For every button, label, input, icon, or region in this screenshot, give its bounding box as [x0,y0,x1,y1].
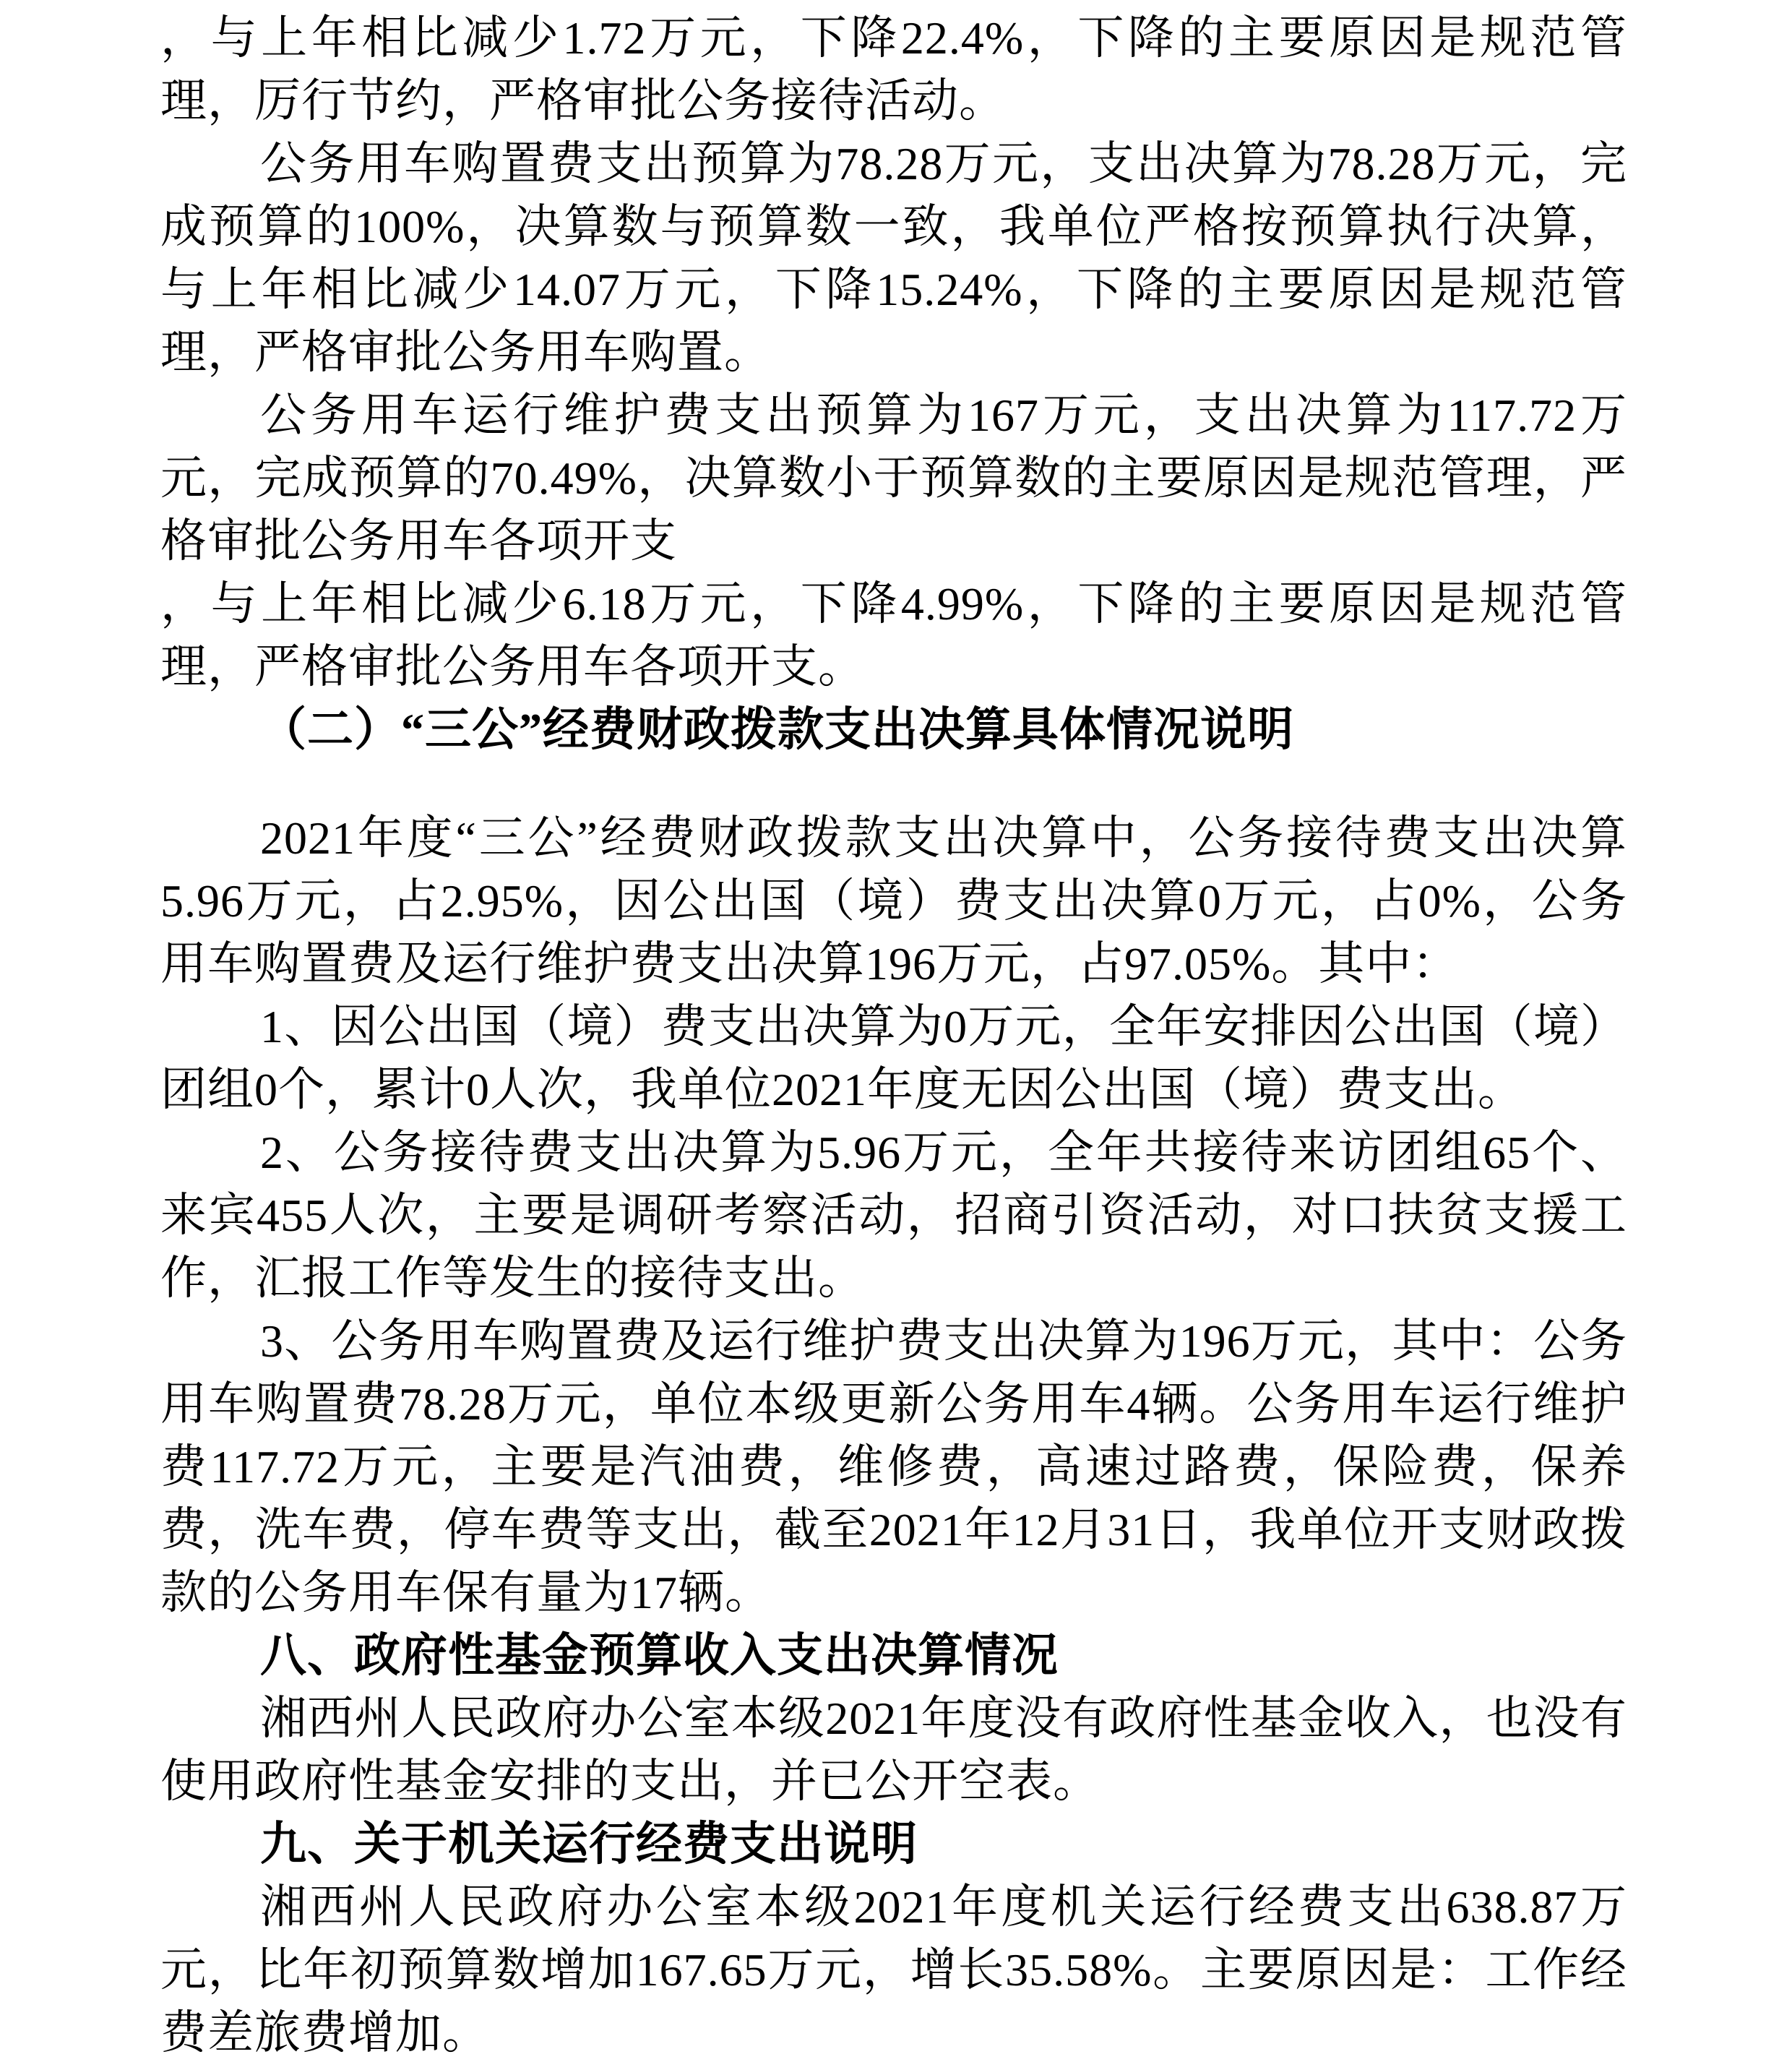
paragraph-agency-operating-expense-statement: 湘西州人民政府办公室本级2021年度机关运行经费支出638.87万元，比年初预算… [160,1876,1627,2062]
paragraph-three-public-funds-overview: 2021年度“三公”经费财政拨款支出决算中，公务接待费支出决算5.96万元，占2… [160,807,1627,995]
section-heading-three-public-funds-detail: （二）“三公”经费财政拨款支出决算具体情况说明 [160,698,1627,761]
paragraph-government-fund-statement: 湘西州人民政府办公室本级2021年度没有政府性基金收入，也没有使用政府性基金安排… [160,1687,1627,1813]
section-heading-8-government-fund-budget: 八、政府性基金预算收入支出决算情况 [160,1624,1627,1687]
paragraph-vehicle-purchase-budget: 公务用车购置费支出预算为78.28万元，支出决算为78.28万元，完成预算的10… [160,132,1627,384]
section-heading-9-agency-operating-expense: 九、关于机关运行经费支出说明 [160,1813,1627,1876]
paragraph-item-3-official-vehicles: 3、公务用车购置费及运行维护费支出决算为196万元，其中：公务用车购置费78.2… [160,1310,1627,1624]
paragraph-vehicle-maintenance-continuation: ，与上年相比减少6.18万元，下降4.99%，下降的主要原因是规范管理，严格审批… [160,572,1627,698]
paragraph-item-2-official-reception: 2、公务接待费支出决算为5.96万元，全年共接待来访团组65个、来宾455人次，… [160,1121,1627,1310]
document-page: ，与上年相比减少1.72万元，下降22.4%，下降的主要原因是规范管理，厉行节约… [160,7,1627,2062]
paragraph-reception-fee-continuation: ，与上年相比减少1.72万元，下降22.4%，下降的主要原因是规范管理，厉行节约… [160,7,1627,132]
paragraph-vehicle-maintenance-budget: 公务用车运行维护费支出预算为167万元，支出决算为117.72万元，完成预算的7… [160,384,1627,572]
paragraph-item-1-overseas-travel: 1、因公出国（境）费支出决算为0万元，全年安排因公出国（境）团组0个，累计0人次… [160,995,1627,1121]
